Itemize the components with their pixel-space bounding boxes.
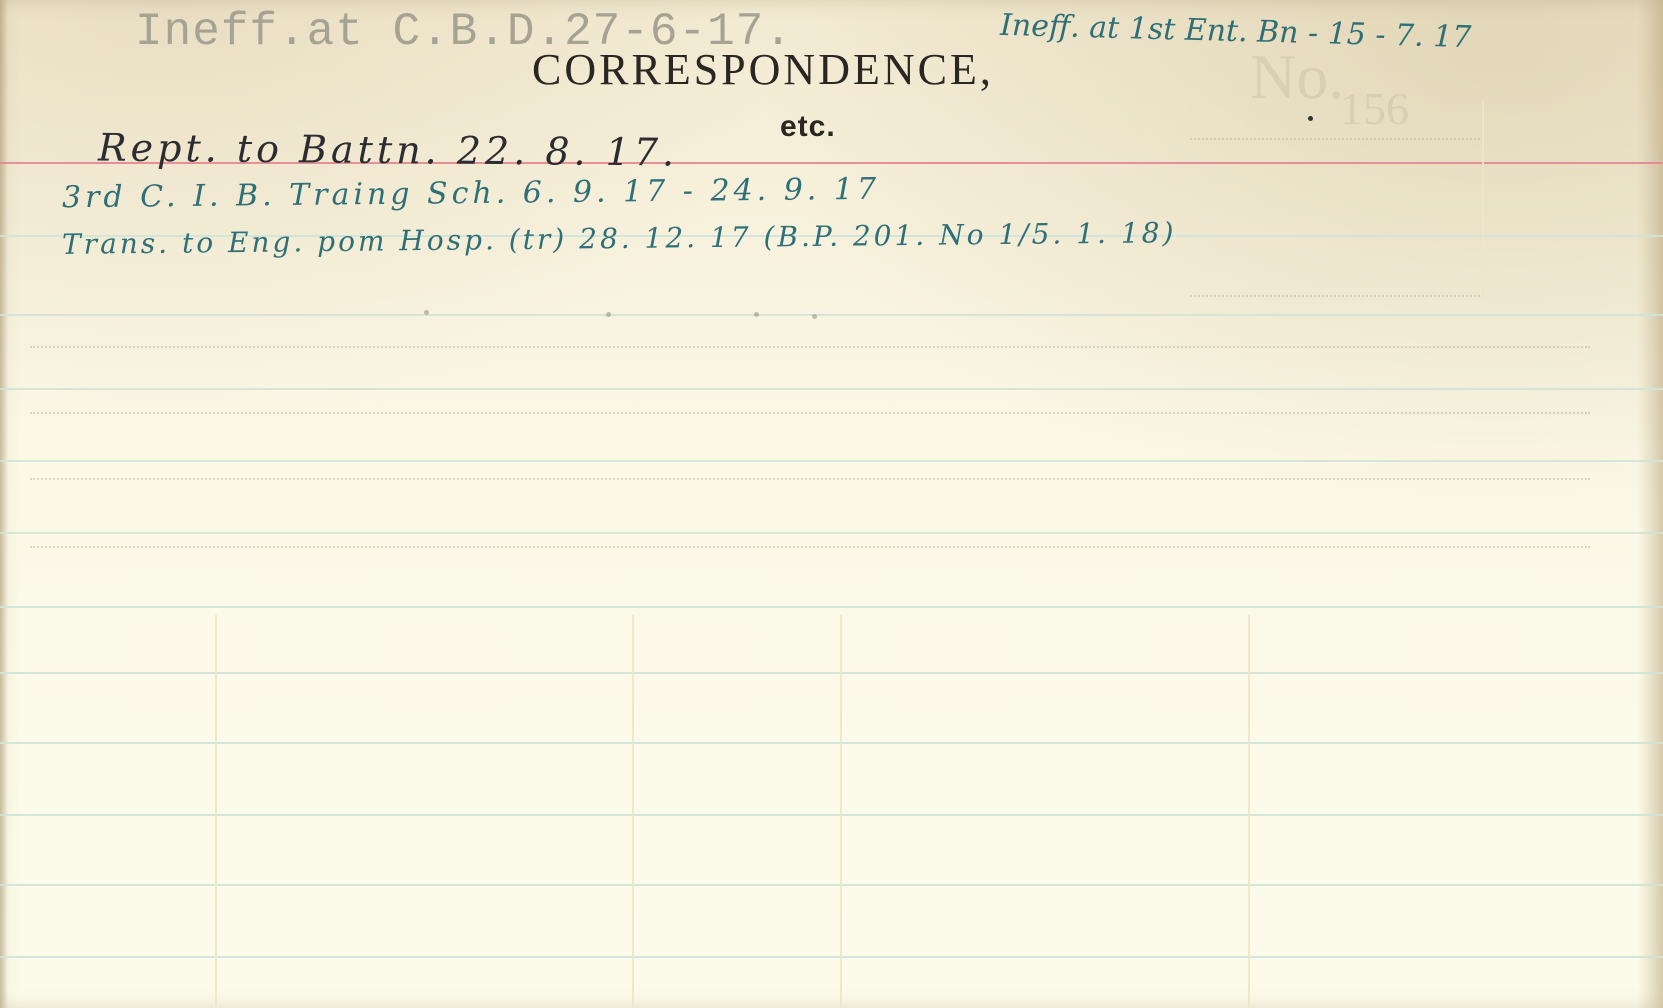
ghost-mark-sub: 156	[1340, 82, 1409, 135]
ruled-line	[0, 388, 1663, 390]
card-left-edge	[0, 0, 8, 1008]
dotted-line	[1190, 138, 1480, 140]
ruled-line	[0, 606, 1663, 608]
ruled-line	[0, 884, 1663, 886]
column-divider	[1248, 615, 1250, 1008]
ruled-line	[0, 742, 1663, 744]
column-divider	[632, 615, 634, 1008]
ink-speck	[1308, 116, 1313, 121]
ink-speck	[754, 312, 759, 317]
handwritten-entry-line1: Rept. to Battn. 22. 8. 17.	[98, 125, 678, 174]
ruled-line	[0, 532, 1663, 534]
column-divider	[215, 615, 217, 1008]
dotted-line	[30, 478, 1590, 480]
column-divider	[840, 615, 842, 1008]
ruled-line	[0, 956, 1663, 958]
ruled-line	[0, 814, 1663, 816]
handwritten-entry-line2: 3rd C. I. B. Traing Sch. 6. 9. 17 - 24. …	[62, 172, 880, 216]
dotted-line	[1190, 295, 1480, 297]
ruled-line	[0, 460, 1663, 462]
ink-speck	[424, 310, 429, 315]
column-divider	[1482, 100, 1484, 300]
dotted-line	[30, 412, 1590, 414]
card-subtitle: etc.	[780, 110, 836, 144]
handwritten-entry-line3: Trans. to Eng. pom Hosp. (tr) 28. 12. 17…	[62, 216, 1177, 261]
ink-speck	[812, 314, 817, 319]
card-right-edge	[1637, 0, 1663, 1008]
record-card: No. 156 Ineff.at C.B.D.27-6-17. CORRESPO…	[0, 0, 1663, 1008]
ruled-line	[0, 672, 1663, 674]
ruled-line	[0, 314, 1663, 316]
dotted-line	[30, 346, 1590, 348]
dotted-line	[30, 546, 1590, 548]
ink-speck	[606, 312, 611, 317]
handwritten-entry-top-right: Ineff. at 1st Ent. Bn - 15 - 7. 17	[1000, 8, 1472, 55]
card-title: CORRESPONDENCE,	[532, 44, 994, 95]
